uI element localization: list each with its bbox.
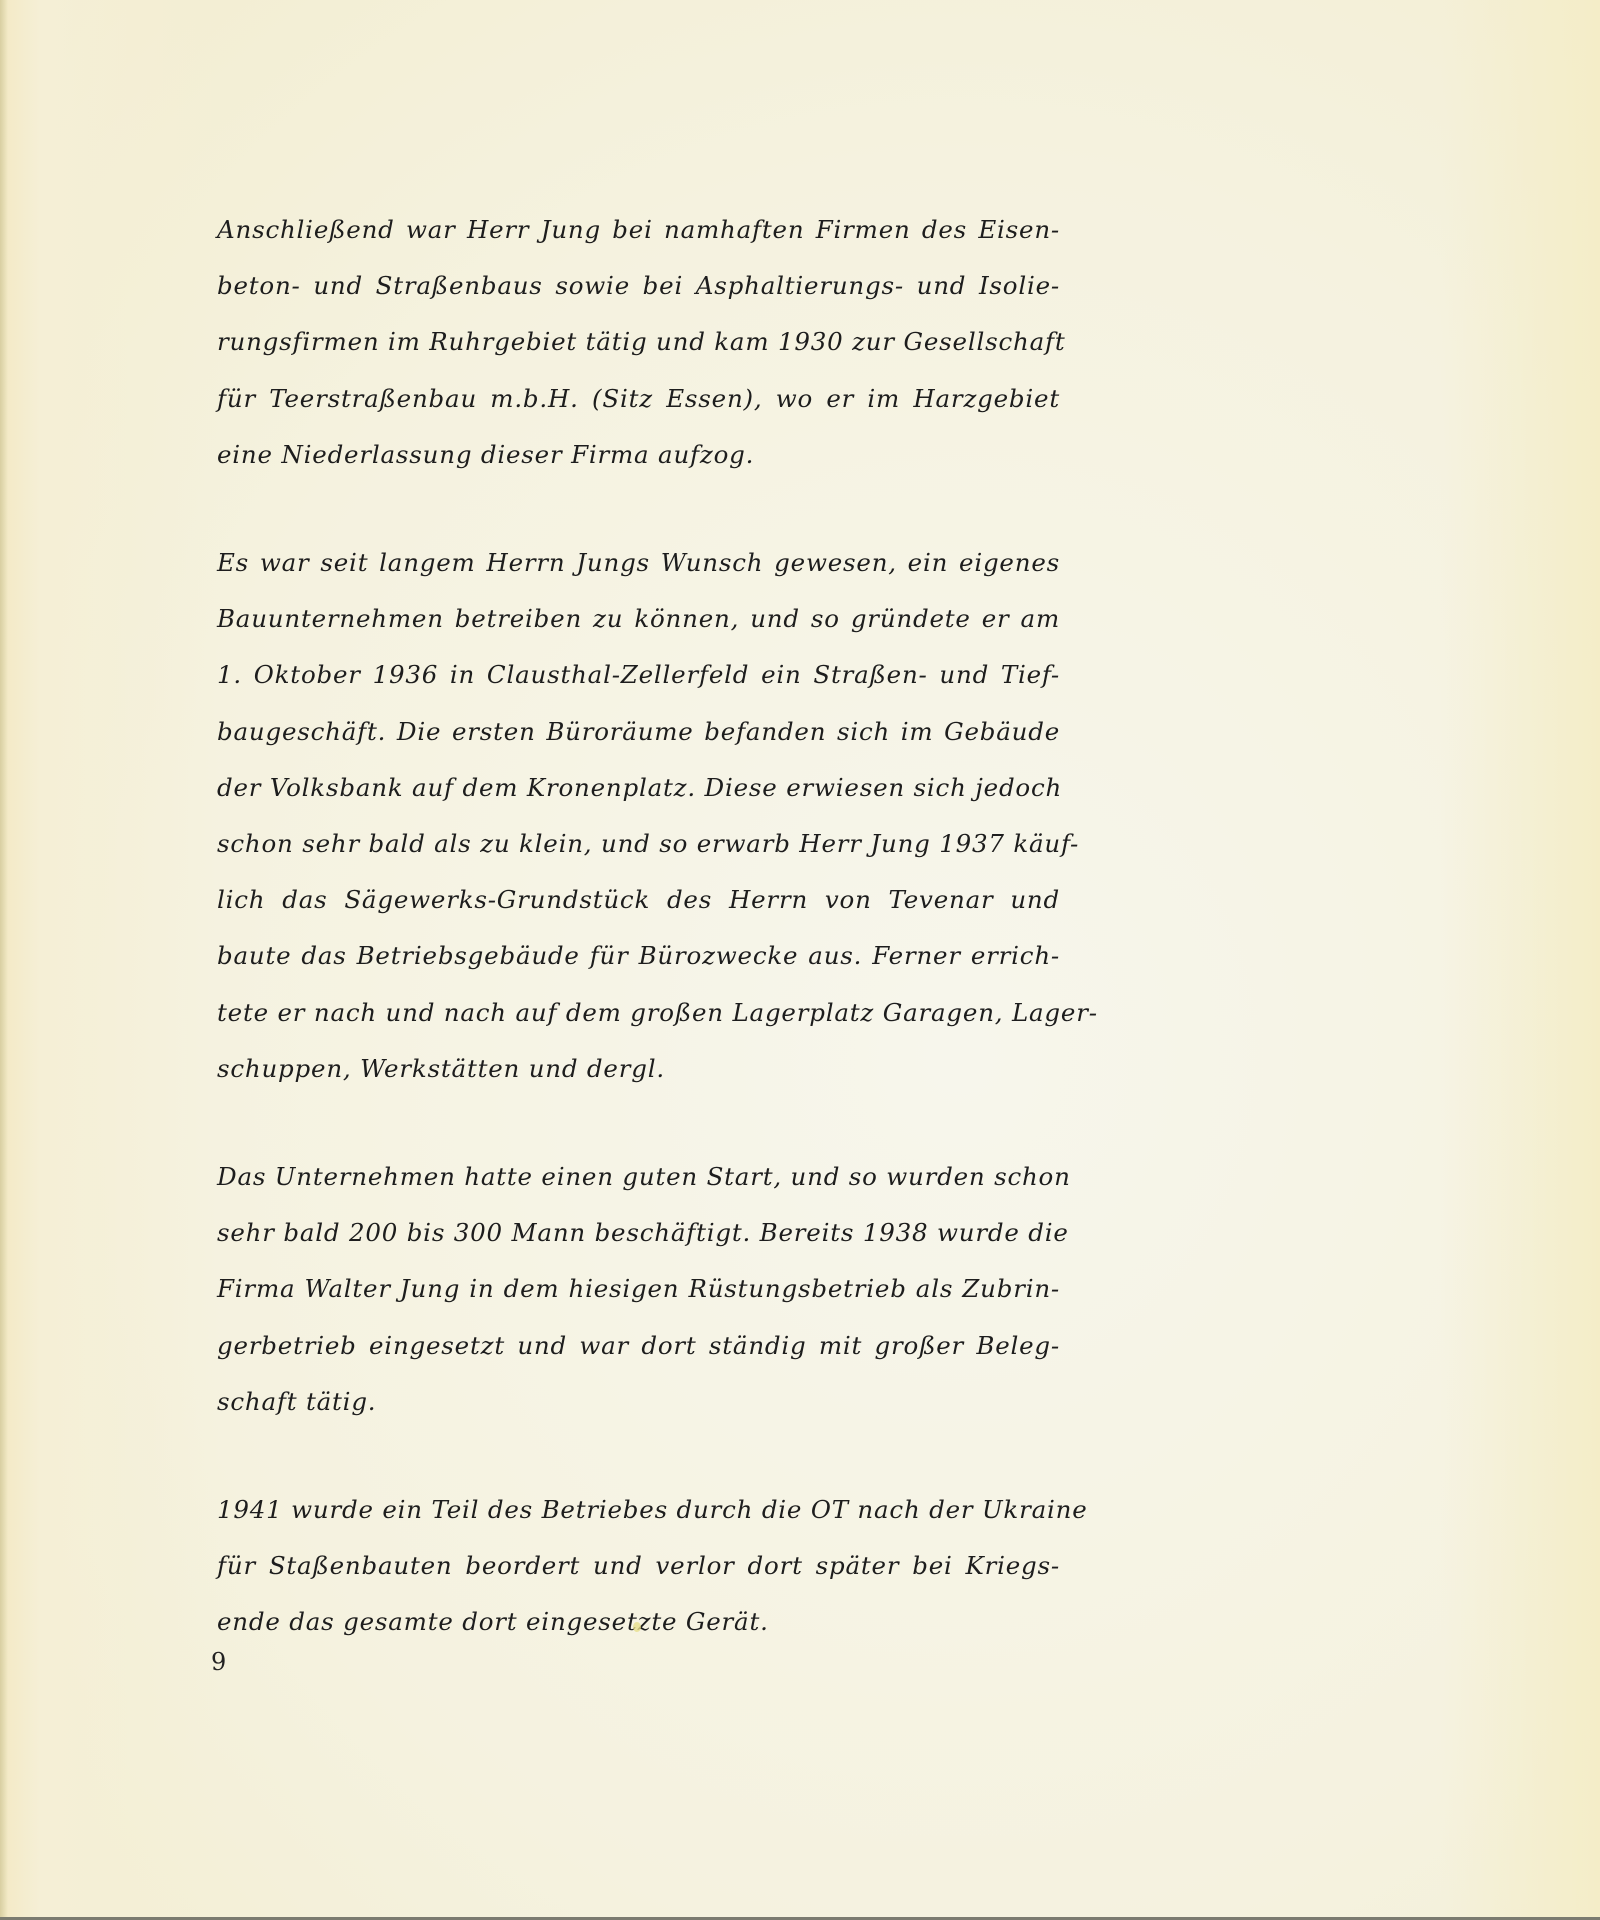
paragraph-3: Das Unternehmen hatte einen guten Start,… [217, 1149, 1060, 1430]
text-line: rungsfirmen im Ruhrgebiet tätig und kam … [217, 314, 1060, 370]
text-line: Bauunternehmen betreiben zu können, und … [217, 591, 1060, 647]
text-line: Das Unternehmen hatte einen guten Start,… [217, 1149, 1060, 1205]
text-line: Firma Walter Jung in dem hiesigen Rüstun… [217, 1261, 1060, 1317]
text-line: beton- und Straßenbaus sowie bei Asphalt… [217, 258, 1060, 314]
text-line: sehr bald 200 bis 300 Mann beschäftigt. … [217, 1205, 1060, 1261]
text-line: schon sehr bald als zu klein, und so erw… [217, 816, 1060, 872]
text-line: eine Niederlassung dieser Firma aufzog. [217, 427, 1060, 483]
text-line: baugeschäft. Die ersten Büroräume befand… [217, 704, 1060, 760]
page-number: 9 [211, 1648, 226, 1676]
page-spine-shadow [0, 0, 8, 1920]
text-line: gerbetrieb eingesetzt und war dort ständ… [217, 1318, 1060, 1374]
text-line: Es war seit langem Herrn Jungs Wunsch ge… [217, 535, 1060, 591]
text-line: schaft tätig. [217, 1374, 1060, 1430]
text-line: der Volksbank auf dem Kronenplatz. Diese… [217, 760, 1060, 816]
text-line: schuppen, Werkstätten und dergl. [217, 1041, 1060, 1097]
text-line: für Staßenbauten beordert und verlor dor… [217, 1538, 1060, 1594]
text-line: baute das Betriebsgebäude für Bürozwecke… [217, 928, 1060, 984]
paper-stain [633, 1622, 641, 1632]
paragraph-1: Anschließend war Herr Jung bei namhaften… [217, 202, 1060, 483]
text-line: tete er nach und nach auf dem großen Lag… [217, 985, 1060, 1041]
text-line: lich das Sägewerks-Grundstück des Herrn … [217, 872, 1060, 928]
text-line: Anschließend war Herr Jung bei namhaften… [217, 202, 1060, 258]
text-line: 1. Oktober 1936 in Clausthal-Zellerfeld … [217, 647, 1060, 703]
body-text: Anschließend war Herr Jung bei namhaften… [217, 202, 1060, 1651]
text-line: für Teerstraßenbau m.b.H. (Sitz Essen), … [217, 371, 1060, 427]
text-line: 1941 wurde ein Teil des Betriebes durch … [217, 1482, 1060, 1538]
paragraph-2: Es war seit langem Herrn Jungs Wunsch ge… [217, 535, 1060, 1097]
